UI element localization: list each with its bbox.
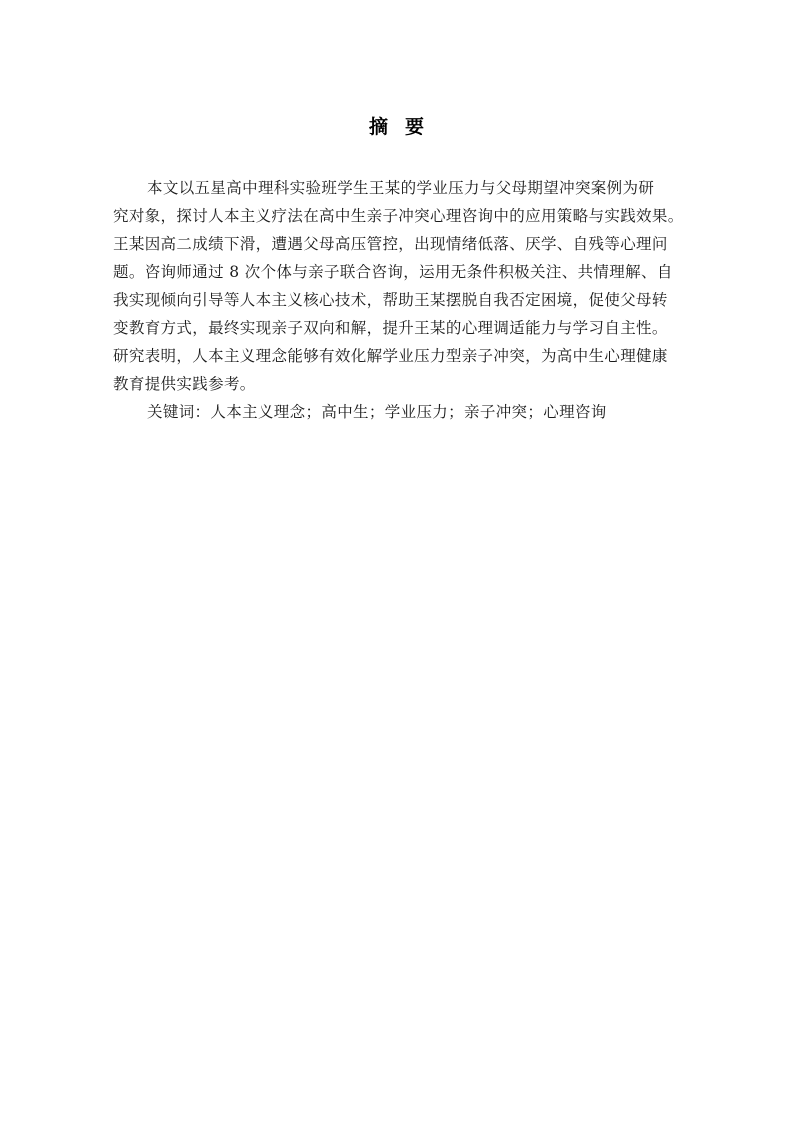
abstract-line: 研究表明，人本主义理念能够有效化解学业压力型亲子冲突，为高中生心理健康 [113,342,688,370]
abstract-line: 我实现倾向引导等人本主义核心技术，帮助王某摆脱自我否定困境，促使父母转 [113,286,688,314]
abstract-title: 摘要 [0,112,793,139]
document-page: 摘要 本文以五星高中理科实验班学生王某的学业压力与父母期望冲突案例为研 究对象，… [0,0,793,1122]
abstract-line: 本文以五星高中理科实验班学生王某的学业压力与父母期望冲突案例为研 [113,174,688,202]
keywords-line: 关键词：人本主义理念；高中生；学业压力；亲子冲突；心理咨询 [113,398,688,426]
abstract-line: 变教育方式，最终实现亲子双向和解，提升王某的心理调适能力与学习自主性。 [113,314,688,342]
abstract-line: 教育提供实践参考。 [113,370,688,398]
abstract-title-text: 摘要 [369,116,441,138]
abstract-body: 本文以五星高中理科实验班学生王某的学业压力与父母期望冲突案例为研 究对象，探讨人… [113,174,688,426]
abstract-line: 究对象，探讨人本主义疗法在高中生亲子冲突心理咨询中的应用策略与实践效果。 [113,202,688,230]
abstract-line: 王某因高二成绩下滑，遭遇父母高压管控，出现情绪低落、厌学、自残等心理问 [113,230,688,258]
abstract-line: 题。咨询师通过 8 次个体与亲子联合咨询，运用无条件积极关注、共情理解、自 [113,258,688,286]
